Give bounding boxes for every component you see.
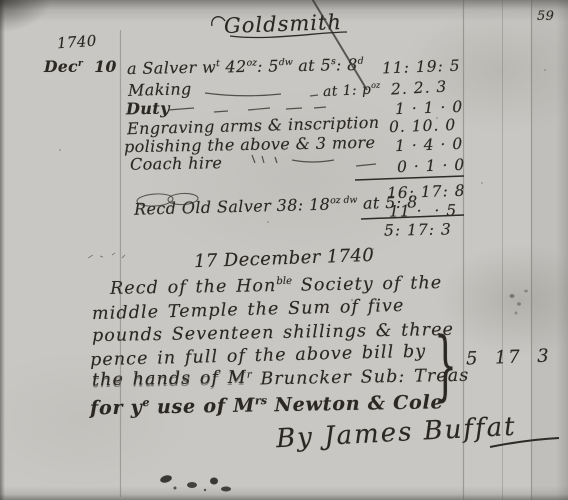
margin-date: Decr 10 [44, 57, 117, 76]
balance-due: 5: 17: 3 [384, 220, 452, 239]
ledger-page: 59 Goldsmith 1740 Decr 10 a Salver wt 42… [0, 0, 568, 500]
bill-item-polishing: polishing the above & 3 more [124, 133, 376, 156]
margin-amount: 5 17 3 [466, 346, 551, 370]
receipt-line-4: pence in full of the above bill by [90, 342, 427, 371]
bill-item-coach-hire: Coach hire [130, 153, 223, 174]
amount-coach-hire: 0 · 1 · 0 [397, 156, 466, 176]
signature: By James Buffat [275, 412, 517, 455]
margin-month-sup: r [78, 59, 83, 69]
margin-month: Dec [44, 57, 78, 76]
use-line: for ye use of Mrs Newton & Cole [90, 391, 444, 419]
page-heading: Goldsmith [224, 10, 343, 38]
making-rate: at 1: poz [323, 80, 381, 101]
amount-making: 2. 2. 3 [391, 78, 448, 99]
receipt-line-1: Recd of the Honble Society of the [110, 273, 443, 299]
amount-engraving: 0. 10. 0 [389, 116, 457, 136]
margin-day: 10 [94, 57, 116, 76]
ink-smudges [159, 474, 231, 491]
blot-cluster [510, 290, 528, 315]
receipt-line-2: middle Temple the Sum of five [92, 296, 405, 324]
credit-old-salver: Recd Old Salver 38: 18oz dw at 5: 8 [134, 192, 418, 218]
bill-item-making: Making [128, 79, 192, 100]
amount-polishing: 1 · 4 · 0 [395, 135, 464, 155]
bill-item-salver: a Salver wt 42oz: 5dw at 5s: 8d [127, 55, 364, 78]
receipt-dateline: 17 December 1740 [194, 245, 375, 272]
margin-marks [88, 253, 125, 258]
amount-salver: 11: 19: 5 [382, 57, 461, 78]
bill-item-duty: Duty [126, 99, 170, 119]
folio-number: 59 [537, 9, 554, 24]
margin-year: 1740 [56, 32, 97, 53]
credit-amount: 11 · · 5 [389, 201, 457, 220]
